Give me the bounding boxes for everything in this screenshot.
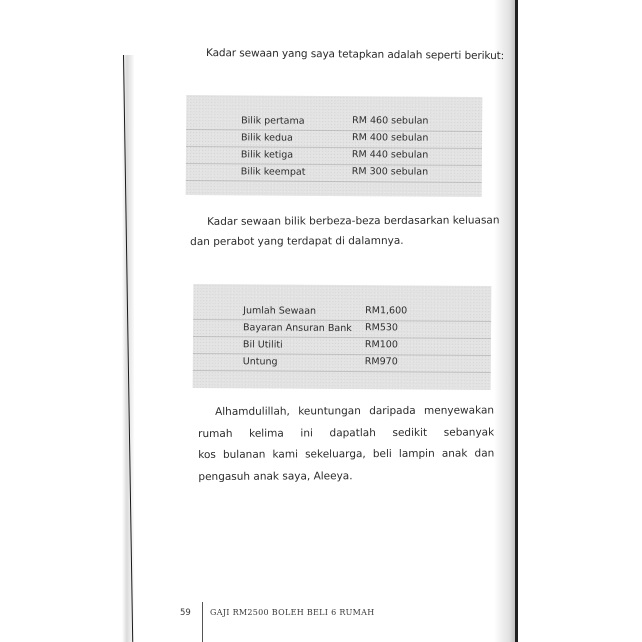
book-page: Kadar sewaan yang saya tetapkan adalah s…	[0, 0, 642, 642]
monthly-summary-box: Jumlah Sewaan RM1,600 Bayaran Ansuran Ba…	[193, 284, 492, 390]
rate-value: RM 460 sebulan	[352, 115, 428, 127]
paragraph-line: Kadar sewaan bilik berbeza-beza berdasar…	[190, 210, 490, 232]
summary-label: Jumlah Sewaan	[243, 305, 316, 317]
summary-value: RM100	[365, 339, 398, 350]
summary-label: Bayaran Ansuran Bank	[243, 322, 352, 334]
conclusion-paragraph: Alhamdulillah, keuntungan daripada menye…	[198, 400, 494, 488]
paragraph-line: rumah kelima ini dapatlah sedikit sebany…	[198, 422, 494, 445]
rate-label: Bilik kedua	[241, 132, 293, 143]
rate-value: RM 440 sebulan	[352, 149, 428, 161]
rate-label: Bilik pertama	[241, 115, 304, 126]
paragraph-line: Alhamdulillah, keuntungan daripada menye…	[198, 400, 494, 423]
footer-divider	[202, 602, 203, 642]
paragraph-line: pengasuh anak saya, Aleeya.	[198, 465, 494, 488]
rate-label: Bilik ketiga	[241, 149, 293, 160]
summary-value: RM1,600	[365, 305, 407, 316]
rate-label: Bilik keempat	[241, 166, 306, 177]
rate-value: RM 400 sebulan	[352, 132, 428, 144]
intro-sentence: Kadar sewaan yang saya tetapkan adalah s…	[206, 47, 504, 62]
rate-value: RM 300 sebulan	[352, 166, 428, 178]
rates-explanation-paragraph: Kadar sewaan bilik berbeza-beza berdasar…	[190, 210, 490, 252]
paragraph-line: kos bulanan kami sekeluarga, beli lampin…	[198, 443, 494, 466]
summary-label: Untung	[243, 356, 278, 367]
room-rates-box: Bilik pertama RM 460 sebulan Bilik kedua…	[186, 95, 483, 197]
summary-row: Untung RM970	[193, 353, 491, 373]
summary-value: RM530	[365, 322, 398, 333]
summary-value: RM970	[365, 356, 398, 367]
paragraph-line: dan perabot yang terdapat di dalamnya.	[190, 230, 490, 252]
summary-label: Bil Utiliti	[243, 339, 283, 350]
running-title: GAJI RM2500 BOLEH BELI 6 RUMAH	[210, 608, 375, 617]
page-number: 59	[180, 608, 191, 618]
rate-row: Bilik keempat RM 300 sebulan	[186, 163, 482, 183]
